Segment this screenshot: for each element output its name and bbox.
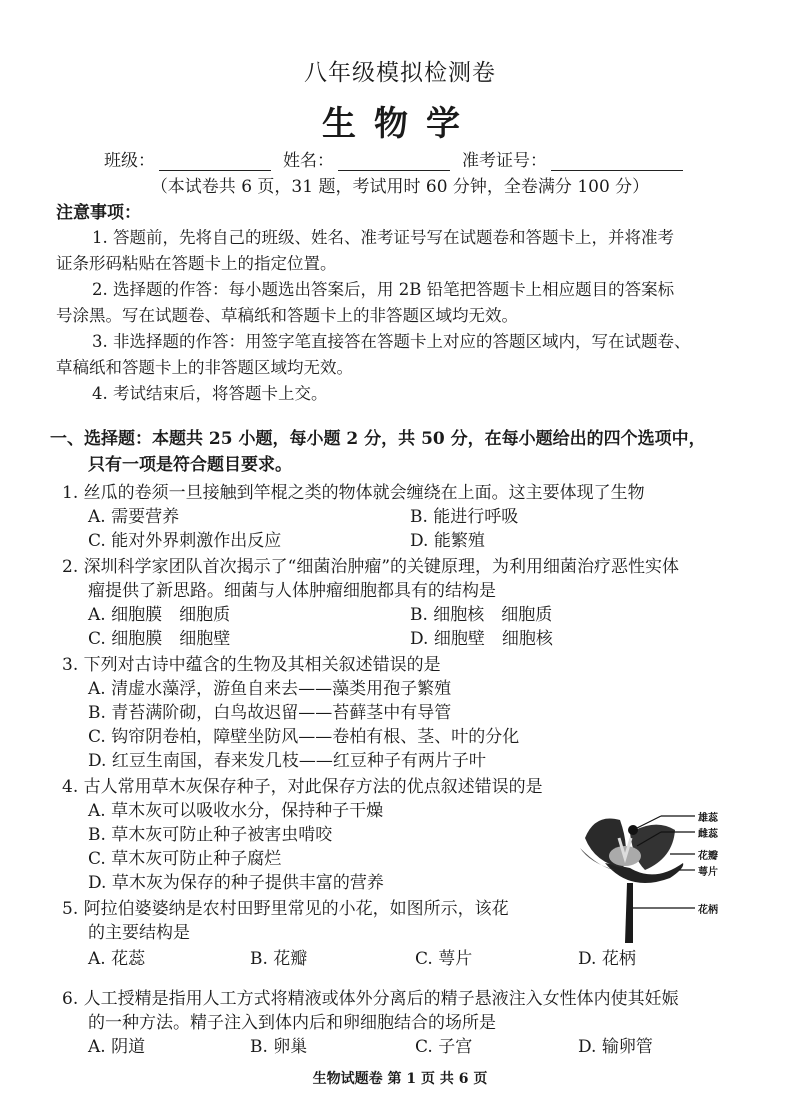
q4-option-a: A. 草木灰可以吸收水分，保持种子干燥 [88, 796, 383, 821]
question-6-stem-cont: 的一种方法。精子注入到体内后和卵细胞结合的场所是 [88, 1008, 496, 1033]
question-5-stem-cont: 的主要结构是 [88, 918, 190, 943]
q6-option-b: B. 卵巢 [250, 1032, 307, 1057]
q3-option-a: A. 清虚水藻浮，游鱼自来去——藻类用孢子繁殖 [88, 674, 451, 699]
student-info-row: 班级： 姓名： 准考证号： [104, 146, 695, 171]
q5-option-a: A. 花蕊 [88, 944, 145, 969]
notice-line: 号涂黑。写在试题卷、草稿纸和答题卡上的非答题区域均无效。 [56, 302, 518, 326]
section-heading-cont: 只有一项是符合题目要求。 [88, 450, 292, 475]
q6-option-d: D. 输卵管 [578, 1032, 653, 1057]
notice-line: 3. 非选择题的作答：用签字笔直接答在答题卡上对应的答题区域内，写在试题卷、 [92, 328, 691, 352]
class-field[interactable] [159, 152, 271, 171]
name-field[interactable] [338, 152, 450, 171]
label-pistil: 雌蕊 [698, 825, 718, 840]
q3-option-d: D. 红豆生南国，春来发几枝——红豆种子有两片子叶 [88, 746, 486, 771]
label-sepal: 萼片 [698, 863, 718, 878]
exam-meta: （本试卷共 6 页，31 题，考试用时 60 分钟，全卷满分 100 分） [0, 172, 800, 197]
exam-page: 八年级模拟检测卷 生物学 班级： 姓名： 准考证号： （本试卷共 6 页，31 … [0, 0, 800, 1120]
q1-option-c: C. 能对外界刺激作出反应 [88, 526, 281, 551]
question-4-stem: 4. 古人常用草木灰保存种子，对此保存方法的优点叙述错误的是 [62, 772, 543, 797]
q4-option-b: B. 草木灰可防止种子被害虫啃咬 [88, 820, 332, 845]
question-1-stem: 1. 丝瓜的卷须一旦接触到竿棍之类的物体就会缠绕在上面。这主要体现了生物 [62, 478, 645, 503]
q6-option-c: C. 子宫 [415, 1032, 472, 1057]
notice-line: 草稿纸和答题卡上的非答题区域均无效。 [56, 354, 353, 378]
q2-option-c: C. 细胞膜 细胞壁 [88, 624, 230, 649]
exam-title: 八年级模拟检测卷 [0, 54, 800, 87]
notice-line: 1. 答题前，先将自己的班级、姓名、准考证号写在试题卷和答题卡上，并将准考 [92, 224, 674, 248]
q6-option-a: A. 阴道 [88, 1032, 145, 1057]
label-petal: 花瓣 [698, 847, 718, 862]
q4-option-c: C. 草木灰可防止种子腐烂 [88, 844, 281, 869]
exam-id-label: 准考证号： [462, 146, 547, 171]
section-heading: 一、选择题：本题共 25 小题，每小题 2 分，共 50 分，在每小题给出的四个… [50, 424, 706, 449]
q2-option-a: A. 细胞膜 细胞质 [88, 600, 230, 625]
q2-option-d: D. 细胞壁 细胞核 [410, 624, 553, 649]
q5-option-c: C. 萼片 [415, 944, 472, 969]
notice-line: 证条形码粘贴在答题卡上的指定位置。 [56, 250, 337, 274]
q4-option-d: D. 草木灰为保存的种子提供丰富的营养 [88, 868, 384, 893]
q1-option-a: A. 需要营养 [88, 502, 179, 527]
q2-option-b: B. 细胞核 细胞质 [410, 600, 552, 625]
notice-title: 注意事项： [56, 198, 141, 223]
q5-option-b: B. 花瓣 [250, 944, 307, 969]
label-pedicel: 花柄 [698, 901, 718, 916]
q1-option-b: B. 能进行呼吸 [410, 502, 518, 527]
page-footer: 生物试题卷 第 1 页 共 6 页 [0, 1068, 800, 1088]
question-2-stem: 2. 深圳科学家团队首次揭示了“细菌治肿瘤”的关键原理，为利用细菌治疗恶性实体 [62, 552, 679, 577]
name-label: 姓名： [283, 146, 334, 171]
question-6-stem: 6. 人工授精是指用人工方式将精液或体外分离后的精子悬液注入女性体内使其妊娠 [62, 984, 679, 1009]
notice-line: 2. 选择题的作答：每小题选出答案后，用 2B 铅笔把答题卡上相应题目的答案标 [92, 276, 674, 300]
question-5-stem: 5. 阿拉伯婆婆纳是农村田野里常见的小花，如图所示，该花 [62, 894, 509, 919]
class-label: 班级： [104, 146, 155, 171]
notice-line: 4. 考试结束后，将答题卡上交。 [92, 380, 328, 404]
q1-option-d: D. 能繁殖 [410, 526, 485, 551]
exam-id-field[interactable] [551, 152, 683, 171]
subject-title: 生物学 [0, 96, 800, 145]
q3-option-c: C. 钩帘阴卷柏，障壁坐防风——卷柏有根、茎、叶的分化 [88, 722, 519, 747]
question-2-stem-cont: 瘤提供了新思路。细菌与人体肿瘤细胞都具有的结构是 [88, 576, 496, 601]
q3-option-b: B. 青苔满阶砌，白鸟故迟留——苔藓茎中有导管 [88, 698, 451, 723]
label-stamen: 雄蕊 [698, 809, 718, 824]
question-3-stem: 3. 下列对古诗中蕴含的生物及其相关叙述错误的是 [62, 650, 441, 675]
flower-diagram: 雄蕊 雌蕊 花瓣 萼片 花柄 [575, 808, 740, 948]
